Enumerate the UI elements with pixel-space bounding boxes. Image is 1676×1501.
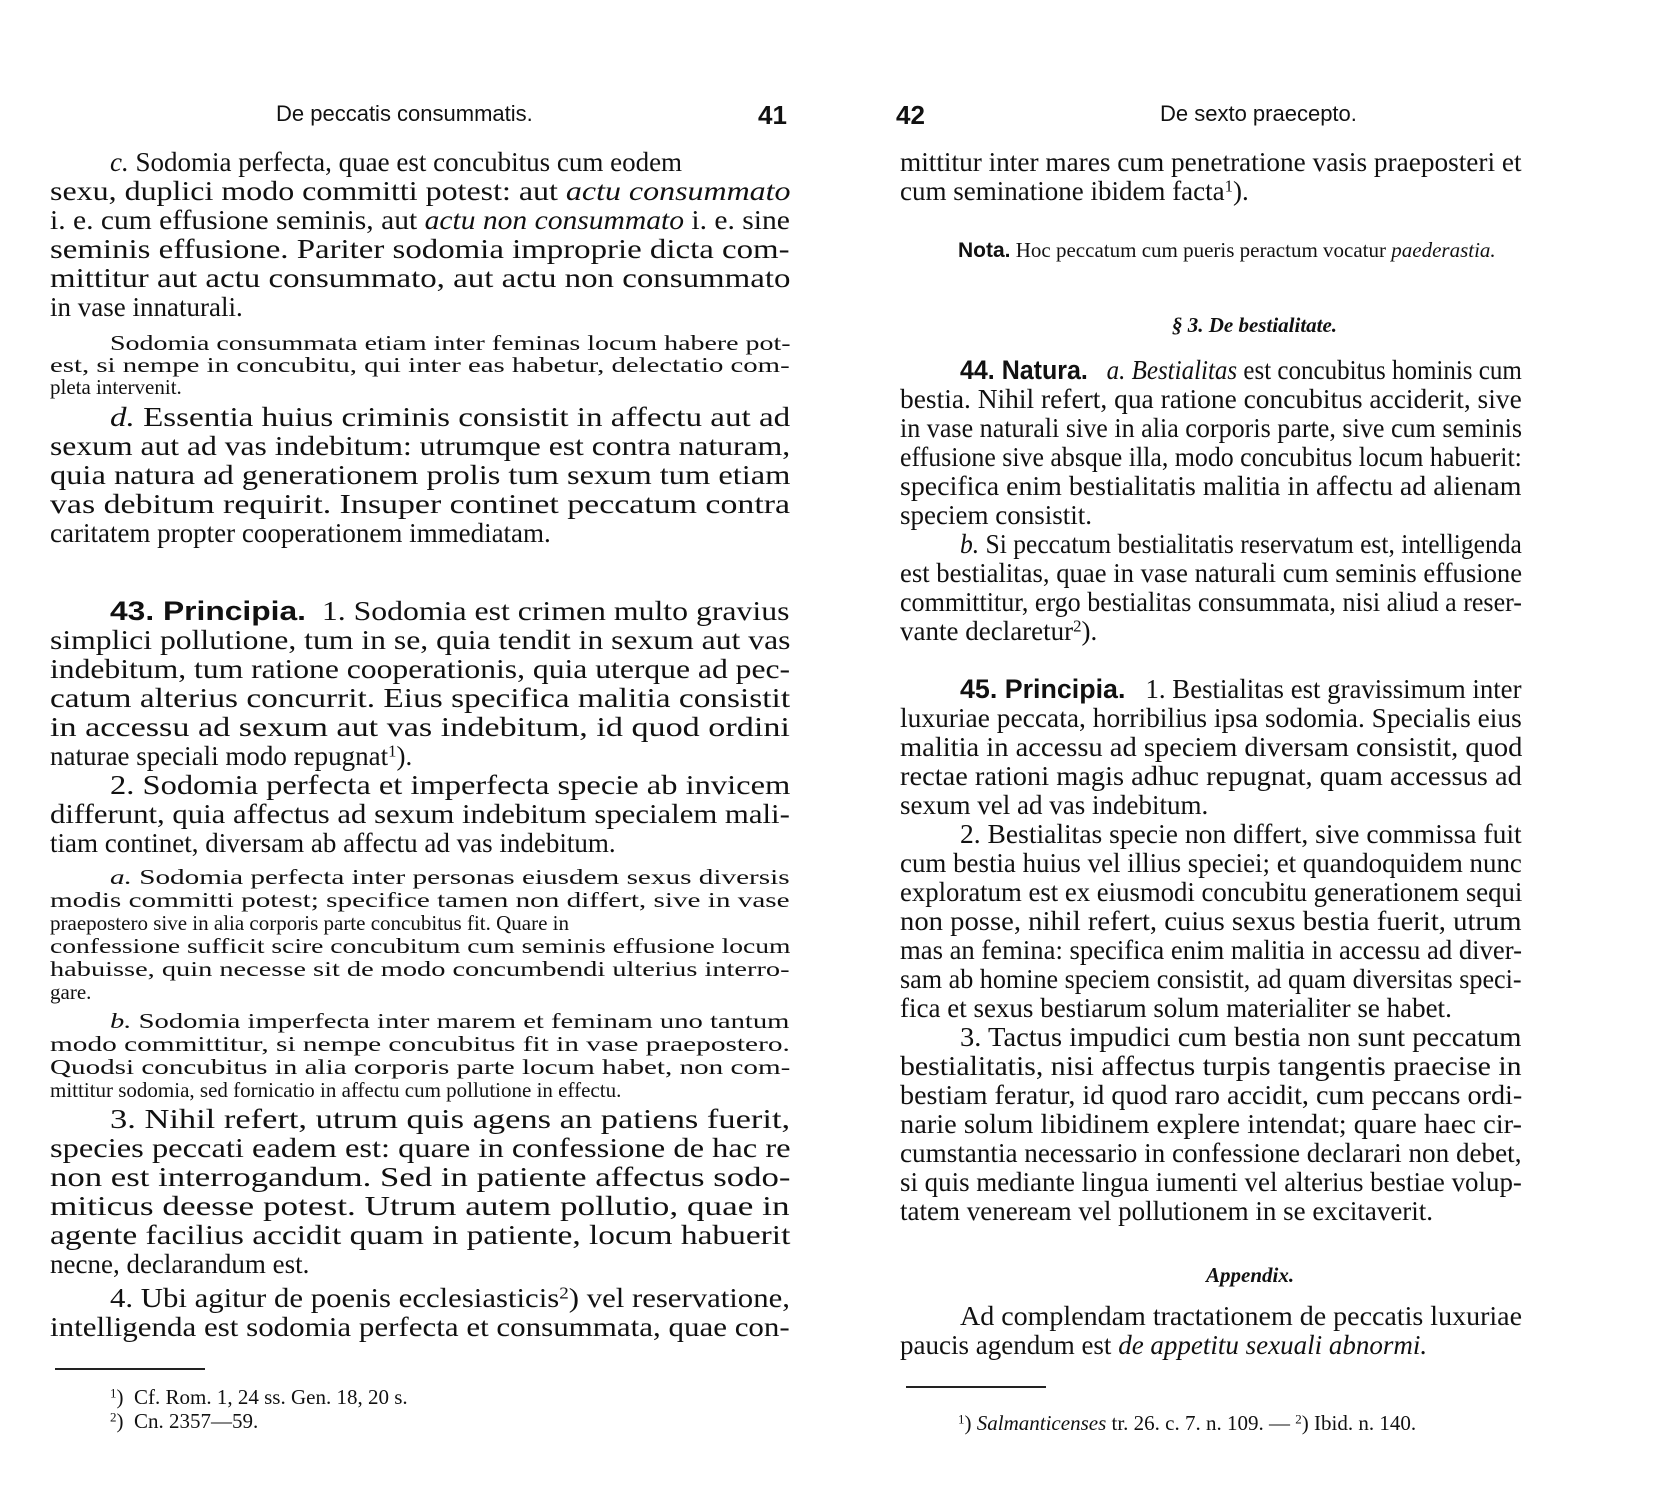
- footnote-ref-2[interactable]: 2: [559, 1284, 569, 1303]
- section-43-title: 43. Principia.: [110, 596, 306, 626]
- para-d-line-4: vas debitum requirit. Insuper continet p…: [50, 490, 790, 519]
- section-43-line-1: 43. Principia. 1. Sodomia est crimen mul…: [110, 597, 789, 626]
- point-3-line-5: agente facilius accidit quam in patiente…: [50, 1221, 790, 1250]
- section-43-line-6: naturae speciali modo repugnat1).: [50, 742, 412, 771]
- point-4-line-2: intelligenda est sodomia perfecta et con…: [50, 1313, 790, 1342]
- point-3-line-1: 3. Nihil refert, utrum quis agens an pat…: [110, 1105, 790, 1134]
- appendix-line-2: paucis agendum est de appetitu sexuali a…: [900, 1331, 1427, 1360]
- section-45-line-18: si quis mediante lingua iumenti vel alte…: [900, 1168, 1522, 1197]
- note-feminas-line-1: Sodomia consummata etiam inter feminas l…: [110, 332, 791, 355]
- section-45-line-4: rectae rationi magis adhuc repugnat, qua…: [900, 762, 1522, 791]
- footnote-2-left: 2) Cn. 2357—59.: [110, 1410, 258, 1433]
- footnote-ref-r1[interactable]: 1: [1225, 177, 1233, 196]
- section-45-line-16: narie solum libidinem explere intendat; …: [900, 1110, 1522, 1139]
- appendix-term: de appetitu sexuali abnormi.: [1118, 1330, 1427, 1360]
- note-b-line-4: mittitur sodomia, sed fornicatio in affe…: [50, 1079, 621, 1102]
- footnote-ref-1[interactable]: 1: [388, 742, 396, 761]
- appendix-line-1: Ad complendam tractationem de peccatis l…: [960, 1302, 1522, 1331]
- note-b-line-1: b. Sodomia imperfecta inter marem et fem…: [110, 1010, 789, 1033]
- section-44-line-4: effusione sive absque illa, modo concubi…: [900, 443, 1522, 472]
- section-44-b-line-1: b. Si peccatum bestialitatis reservatum …: [960, 530, 1522, 559]
- note-a-line-1: a. Sodomia perfecta inter personas eiusd…: [110, 866, 790, 889]
- section-44-b-line-3: committitur, ergo bestialitas consummata…: [900, 588, 1522, 617]
- nota-term: paederastia.: [1391, 238, 1495, 262]
- page-number-left: 41: [758, 100, 787, 131]
- para-c-line-6: in vase innaturali.: [50, 293, 243, 322]
- section-45-line-7: cum bestia huius vel illius speciei; et …: [900, 849, 1522, 878]
- page-number-right: 42: [896, 100, 925, 131]
- section-44-line-1: 44. Natura. a. Bestialitas est concubitu…: [960, 356, 1522, 385]
- footnotes-right: 1) Salmanticenses tr. 26. c. 7. n. 109. …: [958, 1412, 1416, 1435]
- para-c-line-5: mittitur aut actu consummato, aut actu n…: [50, 264, 790, 293]
- section-44-line-6: speciem consistit.: [900, 501, 1092, 530]
- note-a-line-3: praepostero sive in alia corporis parte …: [50, 912, 569, 935]
- nota: Nota. Hoc peccatum cum pueris peractum v…: [958, 239, 1496, 262]
- nota-label: Nota.: [958, 239, 1011, 262]
- footnote-1-left: 1) Cf. Rom. 1, 24 ss. Gen. 18, 20 s.: [110, 1386, 408, 1409]
- section-44-line-5: specifica enim bestialitatis malitia in …: [900, 472, 1521, 501]
- section-43-line-9: tiam continet, diversam ab affectu ad va…: [50, 829, 616, 858]
- section-45-line-2: luxuriae peccata, horribilius ipsa sodom…: [900, 704, 1522, 733]
- section-45-line-15: bestiam feratur, id quod raro accidit, c…: [900, 1081, 1522, 1110]
- section-45-line-8: exploratum est ex eiusmodi concubitu gen…: [900, 878, 1522, 907]
- para-d-line-2: sexum aut ad vas indebitum: utrumque est…: [50, 432, 790, 461]
- section-45-line-12: fica et sexus bestiarum solum materialit…: [900, 994, 1452, 1023]
- note-a-line-4: confessione sufficit scire concubitum cu…: [50, 935, 790, 958]
- note-a-line-6: gare.: [50, 981, 91, 1004]
- page-left: De peccatis consummatis. 41 c. Sodomia p…: [0, 0, 838, 1501]
- point-3-line-2: species peccati eadem est: quare in conf…: [50, 1134, 791, 1163]
- para-d-line-3: quia natura ad generationem prolis tum s…: [50, 461, 790, 490]
- section-44-title: 44. Natura.: [960, 355, 1088, 385]
- note-a-line-2: modis committi potest; specifice tamen n…: [50, 889, 790, 912]
- para-c-line-3: i. e. cum effusione seminis, aut actu no…: [50, 206, 790, 235]
- section-43-line-8: differunt, quia affectus ad sexum indebi…: [50, 800, 790, 829]
- point-3-line-4: miticus deesse potest. Utrum autem pollu…: [50, 1192, 790, 1221]
- section-43-line-4: catum alterius concurrit. Eius specifica…: [50, 684, 790, 713]
- point-3-line-6: necne, declarandum est.: [50, 1250, 309, 1279]
- section-44-line-3: in vase naturali sive in alia corporis p…: [900, 414, 1522, 443]
- section-43-line-5: in accessu ad sexum aut vas indebitum, i…: [50, 713, 790, 742]
- section-45-title: 45. Principia.: [960, 674, 1125, 704]
- footnote-rule-left: [55, 1368, 205, 1370]
- section-heading-bestialitate: § 3. De bestialitate.: [1172, 313, 1337, 338]
- note-b-line-2: modo committitur, si nempe concubitus fi…: [50, 1033, 790, 1056]
- section-43-line-7: 2. Sodomia perfecta et imperfecta specie…: [110, 771, 790, 800]
- section-45-line-14: bestialitatis, nisi affectus turpis tang…: [900, 1052, 1522, 1081]
- point-4-line-1: 4. Ubi agitur de poenis ecclesiasticis2)…: [110, 1284, 790, 1313]
- note-feminas-line-2: est, si nempe in concubitu, qui inter ea…: [50, 354, 790, 377]
- continuation-line-1: mittitur inter mares cum penetratione va…: [900, 148, 1522, 177]
- para-c-line-2: sexu, duplici modo committi potest: aut …: [50, 177, 791, 206]
- section-45-line-10: mas an femina: specifica enim malitia in…: [900, 936, 1522, 965]
- para-d-line-1: d. Essentia huius criminis consistit in …: [110, 403, 790, 432]
- section-43-line-3: indebitum, tum ratione cooperationis, qu…: [50, 655, 790, 684]
- section-45-line-5: sexum vel ad vas indebitum.: [900, 791, 1208, 820]
- section-45-line-19: tatem veneream vel pollutionem in se exc…: [900, 1197, 1433, 1226]
- section-45-line-1: 45. Principia. 1. Bestialitas est gravis…: [960, 675, 1522, 704]
- continuation-line-2: cum seminatione ibidem facta1).: [900, 177, 1249, 206]
- section-44-b-line-4: vante declaretur2).: [900, 617, 1097, 646]
- section-45-line-13: 3. Tactus impudici cum bestia non sunt p…: [960, 1023, 1521, 1052]
- note-feminas-line-3: pleta intervenit.: [50, 376, 182, 399]
- point-3-line-3: non est interrogandum. Sed in patiente a…: [50, 1163, 790, 1192]
- running-head-left: De peccatis consummatis.: [276, 101, 533, 127]
- para-c-line-4: seminis effusione. Pariter sodomia impro…: [50, 235, 790, 264]
- section-44-line-2: bestia. Nihil refert, qua ratione concub…: [900, 385, 1522, 414]
- footnote-rule-right: [906, 1386, 1046, 1388]
- para-d-line-5: caritatem propter cooperationem immediat…: [50, 519, 551, 548]
- section-44-b-line-2: est bestialitas, quae in vase naturali c…: [900, 559, 1522, 588]
- section-45-line-11: sam ab homine speciem consistit, ad quam…: [900, 965, 1522, 994]
- appendix-heading: Appendix.: [1206, 1263, 1294, 1288]
- page-right: 42 De sexto praecepto. mittitur inter ma…: [838, 0, 1676, 1501]
- footnote-ref-r2[interactable]: 2: [1073, 617, 1081, 636]
- section-45-line-9: non posse, nihil refert, cuius sexus bes…: [900, 907, 1522, 936]
- section-45-line-6: 2. Bestialitas specie non differt, sive …: [960, 820, 1522, 849]
- note-b-line-3: Quodsi concubitus in alia corporis parte…: [50, 1056, 790, 1079]
- section-45-line-17: cumstantia necessario in confessione dec…: [900, 1139, 1521, 1168]
- running-head-right: De sexto praecepto.: [1160, 101, 1357, 127]
- section-45-line-3: malitia in accessu ad speciem diversam c…: [900, 733, 1522, 762]
- para-c-line-1: c. Sodomia perfecta, quae est concubitus…: [110, 148, 790, 177]
- note-a-line-5: habuisse, quin necesse sit de modo concu…: [50, 958, 790, 981]
- section-43-line-2: simplici pollutione, tum in se, quia ten…: [50, 626, 790, 655]
